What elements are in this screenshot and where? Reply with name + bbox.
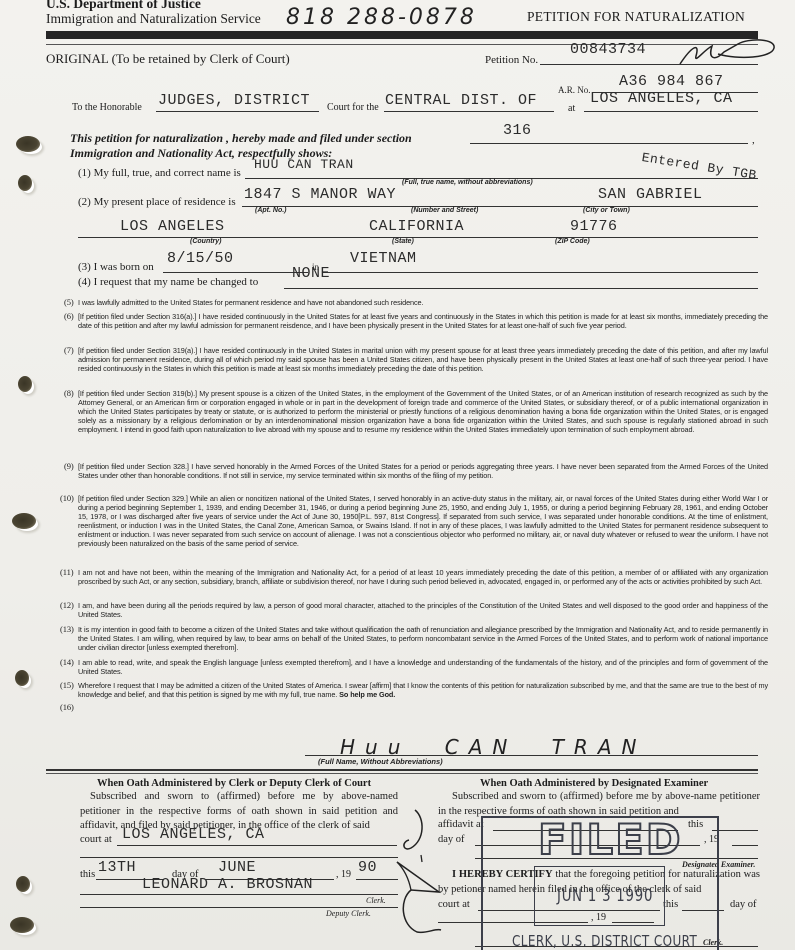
- paragraph-number: (15): [60, 681, 74, 690]
- clerk-court-stamp: CLERK, U.S. DISTRICT COURT: [512, 932, 697, 950]
- section-divider-1: [46, 769, 758, 771]
- court-for-underline: [384, 111, 554, 112]
- born-value: 8/15/50: [167, 250, 234, 267]
- petition-no-value: 00843734: [570, 41, 646, 58]
- paragraph-number: (8): [64, 389, 74, 398]
- paragraph-5: (5) I was lawfully admitted to the Unite…: [78, 298, 768, 307]
- at-underline: [584, 111, 758, 112]
- residence-underline: [242, 206, 758, 207]
- residence-label: (2) My present place of residence is: [78, 196, 236, 208]
- clerk-this-label: this: [80, 869, 95, 880]
- street-value: 1847 S MANOR WAY: [244, 186, 396, 203]
- deputy-underline: [80, 907, 398, 908]
- paragraph-text: I am able to read, write, and speak the …: [78, 658, 768, 676]
- name-value: HUU CAN TRAN: [254, 157, 354, 172]
- paragraph-number: (6): [64, 312, 74, 321]
- court-for-value: CENTRAL DIST. OF: [385, 92, 537, 109]
- original-note: ORIGINAL (To be retained by Clerk of Cou…: [46, 51, 290, 67]
- paragraph-number: (10): [60, 494, 74, 503]
- examiner-oath-title: When Oath Administered by Designated Exa…: [480, 778, 708, 789]
- filed-stamp-text: FILED: [538, 816, 683, 864]
- zip-value: 91776: [570, 218, 618, 235]
- filed-date-text: JUN 1 3 1990: [557, 886, 653, 906]
- certify-day-of-label: day of: [730, 899, 757, 910]
- at-value: LOS ANGELES, CA: [590, 90, 733, 107]
- certify-court-at-label: court at: [438, 899, 470, 910]
- binder-hole-3: [18, 376, 32, 392]
- clerk-name-underline: [80, 894, 398, 895]
- name-caption: (Full, true name, without abbreviations): [402, 179, 533, 186]
- paragraph-7: (7) [If petition filed under Section 319…: [78, 346, 768, 373]
- to-honorable-value: JUDGES, DISTRICT: [158, 92, 310, 109]
- clerk-year-prefix: , 19: [336, 869, 351, 880]
- paragraph-12: (12) I am, and have been during all the …: [78, 601, 768, 619]
- city-caption: (City or Town): [583, 207, 630, 214]
- born-label: (3) I was born on: [78, 261, 154, 273]
- clerk-blank-line: [80, 857, 398, 858]
- paragraph-number: (12): [60, 601, 74, 610]
- binder-hole-5: [15, 670, 29, 686]
- examiner-day-of-label: day of: [438, 834, 465, 845]
- signature-underline: [305, 755, 758, 756]
- birthplace-value: VIETNAM: [350, 250, 417, 267]
- binder-hole-7: [10, 917, 34, 933]
- paragraph-number: (11): [60, 568, 73, 577]
- county-caption: (Country): [190, 238, 222, 245]
- name-change-underline: [284, 288, 758, 289]
- paragraph-number: (7): [64, 346, 74, 355]
- binder-hole-1: [16, 136, 40, 152]
- name-change-value: NONE: [292, 265, 330, 282]
- examiner-year-underline: [732, 845, 758, 846]
- paragraph-6: (6) [If petition filed under Section 316…: [78, 312, 768, 330]
- paragraph-8: (8) [If petition filed under Section 319…: [78, 389, 768, 434]
- paragraph-text: [If petition filed under Section 316(a).…: [78, 312, 768, 330]
- street-caption: (Number and Street): [411, 207, 478, 214]
- paragraph-number: (5): [64, 298, 74, 307]
- section-value: 316: [503, 122, 532, 139]
- zip-caption: (ZIP Code): [555, 238, 590, 245]
- county-value: LOS ANGELES: [120, 218, 225, 235]
- paragraph-15: (15) Wherefore I request that I may be a…: [78, 681, 768, 699]
- paragraph-number: (16): [60, 703, 74, 712]
- state-caption: (State): [392, 238, 414, 245]
- section-divider-2: [46, 773, 758, 774]
- section-comma: ,: [752, 134, 755, 146]
- apt-caption: (Apt. No.): [255, 207, 287, 214]
- clerk-month-value: JUNE: [218, 859, 256, 876]
- paragraph-text: It is my intention in good faith to beco…: [78, 625, 768, 652]
- binder-hole-6: [16, 876, 30, 892]
- clerk-oath-title: When Oath Administered by Clerk or Deput…: [97, 778, 371, 789]
- paragraph-number: (14): [60, 658, 74, 667]
- header-rule: [46, 44, 758, 45]
- clerk-caption: Clerk.: [366, 896, 386, 905]
- at-label: at: [568, 103, 575, 114]
- birthplace-underline: [322, 272, 758, 273]
- paragraph-text: [If petition filed under Section 319(a).…: [78, 346, 768, 373]
- to-honorable-label: To the Honorable: [72, 102, 142, 113]
- paragraph-text: [If petition filed under Section 329.] W…: [78, 494, 768, 548]
- examiner-affidavit-label: affidavit at: [438, 819, 484, 830]
- intro-line-1: This petition for naturalization , hereb…: [70, 131, 412, 146]
- clerk-court-underline: [117, 845, 397, 846]
- header-bar: [46, 31, 758, 39]
- paragraph-13: (13) It is my intention in good faith to…: [78, 625, 768, 652]
- agency-name: Immigration and Naturalization Service: [46, 11, 261, 27]
- paragraph-text: I am, and have been during all the perio…: [78, 601, 768, 619]
- paragraph-9: (9) [If petition filed under Section 328…: [78, 462, 768, 480]
- born-underline: [163, 272, 308, 273]
- paragraph-14: (14) I am able to read, write, and speak…: [78, 658, 768, 676]
- paragraph-number: (9): [64, 462, 74, 471]
- paragraph-text: Wherefore I request that I may be admitt…: [78, 681, 768, 699]
- city-value: SAN GABRIEL: [598, 186, 703, 203]
- petition-no-label: Petition No.: [485, 54, 538, 66]
- state-value: CALIFORNIA: [369, 218, 464, 235]
- petition-document: U.S. Department of Justice Immigration a…: [0, 0, 795, 950]
- binder-hole-4: [12, 513, 36, 529]
- ar-no-label: A.R. No.: [558, 85, 591, 95]
- form-title: PETITION FOR NATURALIZATION: [527, 9, 745, 25]
- name-change-label: (4) I request that my name be changed to: [78, 276, 258, 288]
- deputy-caption: Deputy Clerk.: [326, 909, 371, 918]
- clerk-court-at-label: court at: [80, 834, 112, 845]
- ar-no-value: A36 984 867: [619, 73, 724, 90]
- name-label: (1) My full, true, and correct name is: [78, 167, 241, 179]
- paragraph-text: I was lawfully admitted to the United St…: [78, 298, 768, 307]
- oath-closing: So help me God.: [339, 690, 395, 699]
- honorable-underline: [156, 111, 319, 112]
- paragraph-body: Wherefore I request that I may be admitt…: [78, 681, 768, 699]
- paragraph-text: I am not and have not been, within the m…: [78, 568, 768, 586]
- clerk-initials-icon: [678, 36, 778, 70]
- signature-caption: (Full Name, Without Abbreviations): [318, 757, 443, 766]
- address-underline: [78, 237, 758, 238]
- paragraph-text: [If petition filed under Section 328.] I…: [78, 462, 768, 480]
- paragraph-11: (11) I am not and have not been, within …: [78, 568, 768, 586]
- court-for-label: Court for the: [327, 102, 379, 113]
- paragraph-number: (13): [60, 625, 74, 634]
- paragraph-text: [If petition filed under Section 319(b).…: [78, 389, 768, 434]
- clerk-day-value: 13TH: [98, 859, 136, 876]
- clerk-year-underline: [356, 879, 398, 880]
- clerk-court-at-value: LOS ANGELES, CA: [122, 826, 265, 843]
- paragraph-10: (10) [If petition filed under Section 32…: [78, 494, 768, 548]
- clerk-name-value: LEONARD A. BROSNAN: [142, 876, 313, 893]
- handwritten-phone: 818 288-0878: [286, 5, 477, 30]
- section-underline: [470, 143, 748, 144]
- clerk-year-value: 90: [358, 859, 377, 876]
- binder-hole-2: [18, 175, 32, 191]
